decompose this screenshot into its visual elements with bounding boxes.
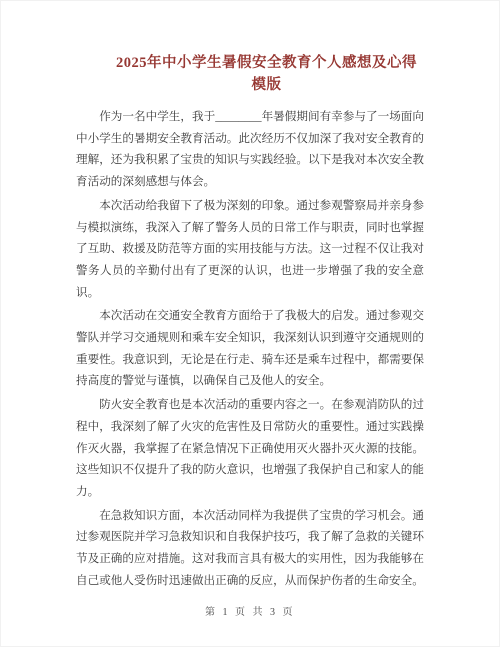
paragraph-1: 作为一名中学生，我于________年暑假期间有幸参与了一场面向中小学生的暑期安… — [76, 106, 424, 193]
page-number-label: 第 1 页 共 3 页 — [205, 607, 295, 618]
document-title: 2025年中小学生暑假安全教育个人感想及心得模版 — [1, 1, 499, 96]
page-footer: 第 1 页 共 3 页 — [1, 605, 499, 621]
document-body: 作为一名中学生，我于________年暑假期间有幸参与了一场面向中小学生的暑期安… — [1, 96, 499, 591]
paragraph-5: 在急救知识方面，本次活动同样为我提供了宝贵的学习机会。通过参观医院并学习急救知识… — [76, 505, 424, 592]
paragraph-2: 本次活动给我留下了极为深刻的印象。通过参观警察局并亲身参与模拟演练，我深入了解了… — [76, 195, 424, 304]
paragraph-4: 防火安全教育也是本次活动的重要内容之一。在参观消防队的过程中，我深刻了解了火灾的… — [76, 394, 424, 503]
paragraph-3: 本次活动在交通安全教育方面给于了我极大的启发。通过参观交警队并学习交通规则和乘车… — [76, 305, 424, 392]
document-page: 2025年中小学生暑假安全教育个人感想及心得模版 作为一名中学生，我于_____… — [0, 0, 500, 647]
